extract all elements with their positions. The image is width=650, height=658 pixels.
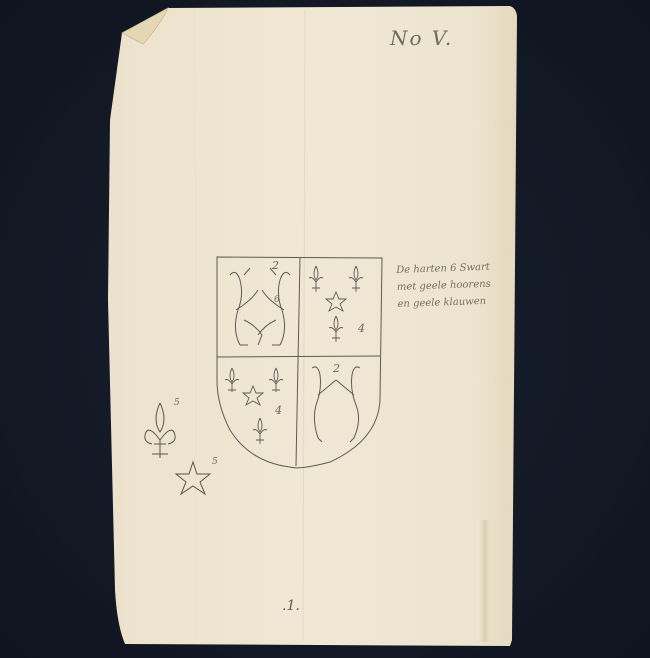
manuscript-page: No V. De harten 6 Swart met geele hooren… (0, 0, 650, 658)
sketch-label: 5 (212, 457, 218, 467)
folio-label: No V. (390, 26, 453, 50)
quarter-label: 4 (358, 322, 365, 335)
quarter-label: 2 (272, 259, 279, 272)
quarter-label: 4 (275, 404, 282, 417)
quarter-label: 2 (333, 362, 340, 375)
sketch-label: 5 (174, 398, 180, 408)
page-number: .1. (282, 598, 300, 614)
margin-annotation: De harten 6 Swart met geele hoorens en g… (396, 259, 492, 313)
annotation-line: en geele klauwen (397, 293, 491, 313)
quarter-label: 6 (274, 295, 280, 305)
paper-sheet (0, 0, 650, 658)
